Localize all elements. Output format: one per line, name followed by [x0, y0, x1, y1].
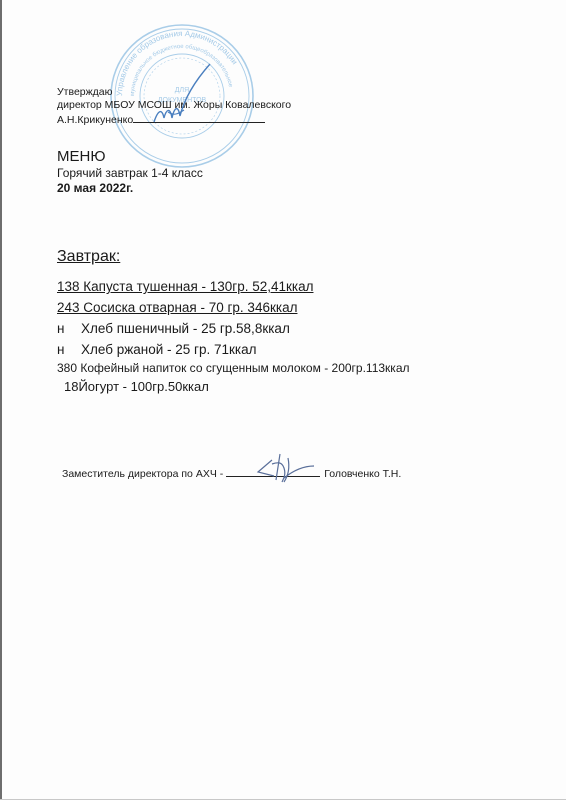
deputy-name: Головченко Т.Н. [324, 468, 401, 480]
breakfast-heading: Завтрак: [57, 248, 120, 266]
deputy-signature [254, 452, 316, 484]
approval-line-1: Утверждаю [57, 86, 112, 99]
scan-edge-left [0, 0, 2, 800]
menu-item: 18Йогурт - 100гр.50ккал [64, 379, 209, 394]
director-name: А.Н.Крикуненко [57, 114, 133, 126]
menu-item: 138 Капуста тушенная - 130гр. 52,41ккал [57, 279, 313, 294]
director-signature [148, 60, 218, 128]
menu-date: 20 мая 2022г. [57, 181, 133, 195]
item-text: Хлеб ржаной - 25 гр. 71ккал [81, 342, 256, 357]
deputy-signature-block: Заместитель директора по АХЧ -Головченко… [62, 466, 401, 480]
menu-subtitle: Горячий завтрак 1-4 класс [57, 166, 203, 180]
menu-item: 380 Кофейный напиток со сгущенным молоко… [57, 361, 410, 375]
menu-item: 243 Сосиска отварная - 70 гр. 346ккал [57, 300, 297, 315]
item-prefix: н [57, 321, 81, 336]
item-prefix: н [57, 342, 81, 357]
menu-item: нХлеб пшеничный - 25 гр.58,8ккал [57, 321, 290, 336]
item-text: Хлеб пшеничный - 25 гр.58,8ккал [81, 321, 290, 336]
menu-item: нХлеб ржаной - 25 гр. 71ккал [57, 342, 256, 357]
menu-title: МЕНЮ [57, 148, 106, 165]
deputy-label: Заместитель директора по АХЧ - [62, 468, 223, 480]
